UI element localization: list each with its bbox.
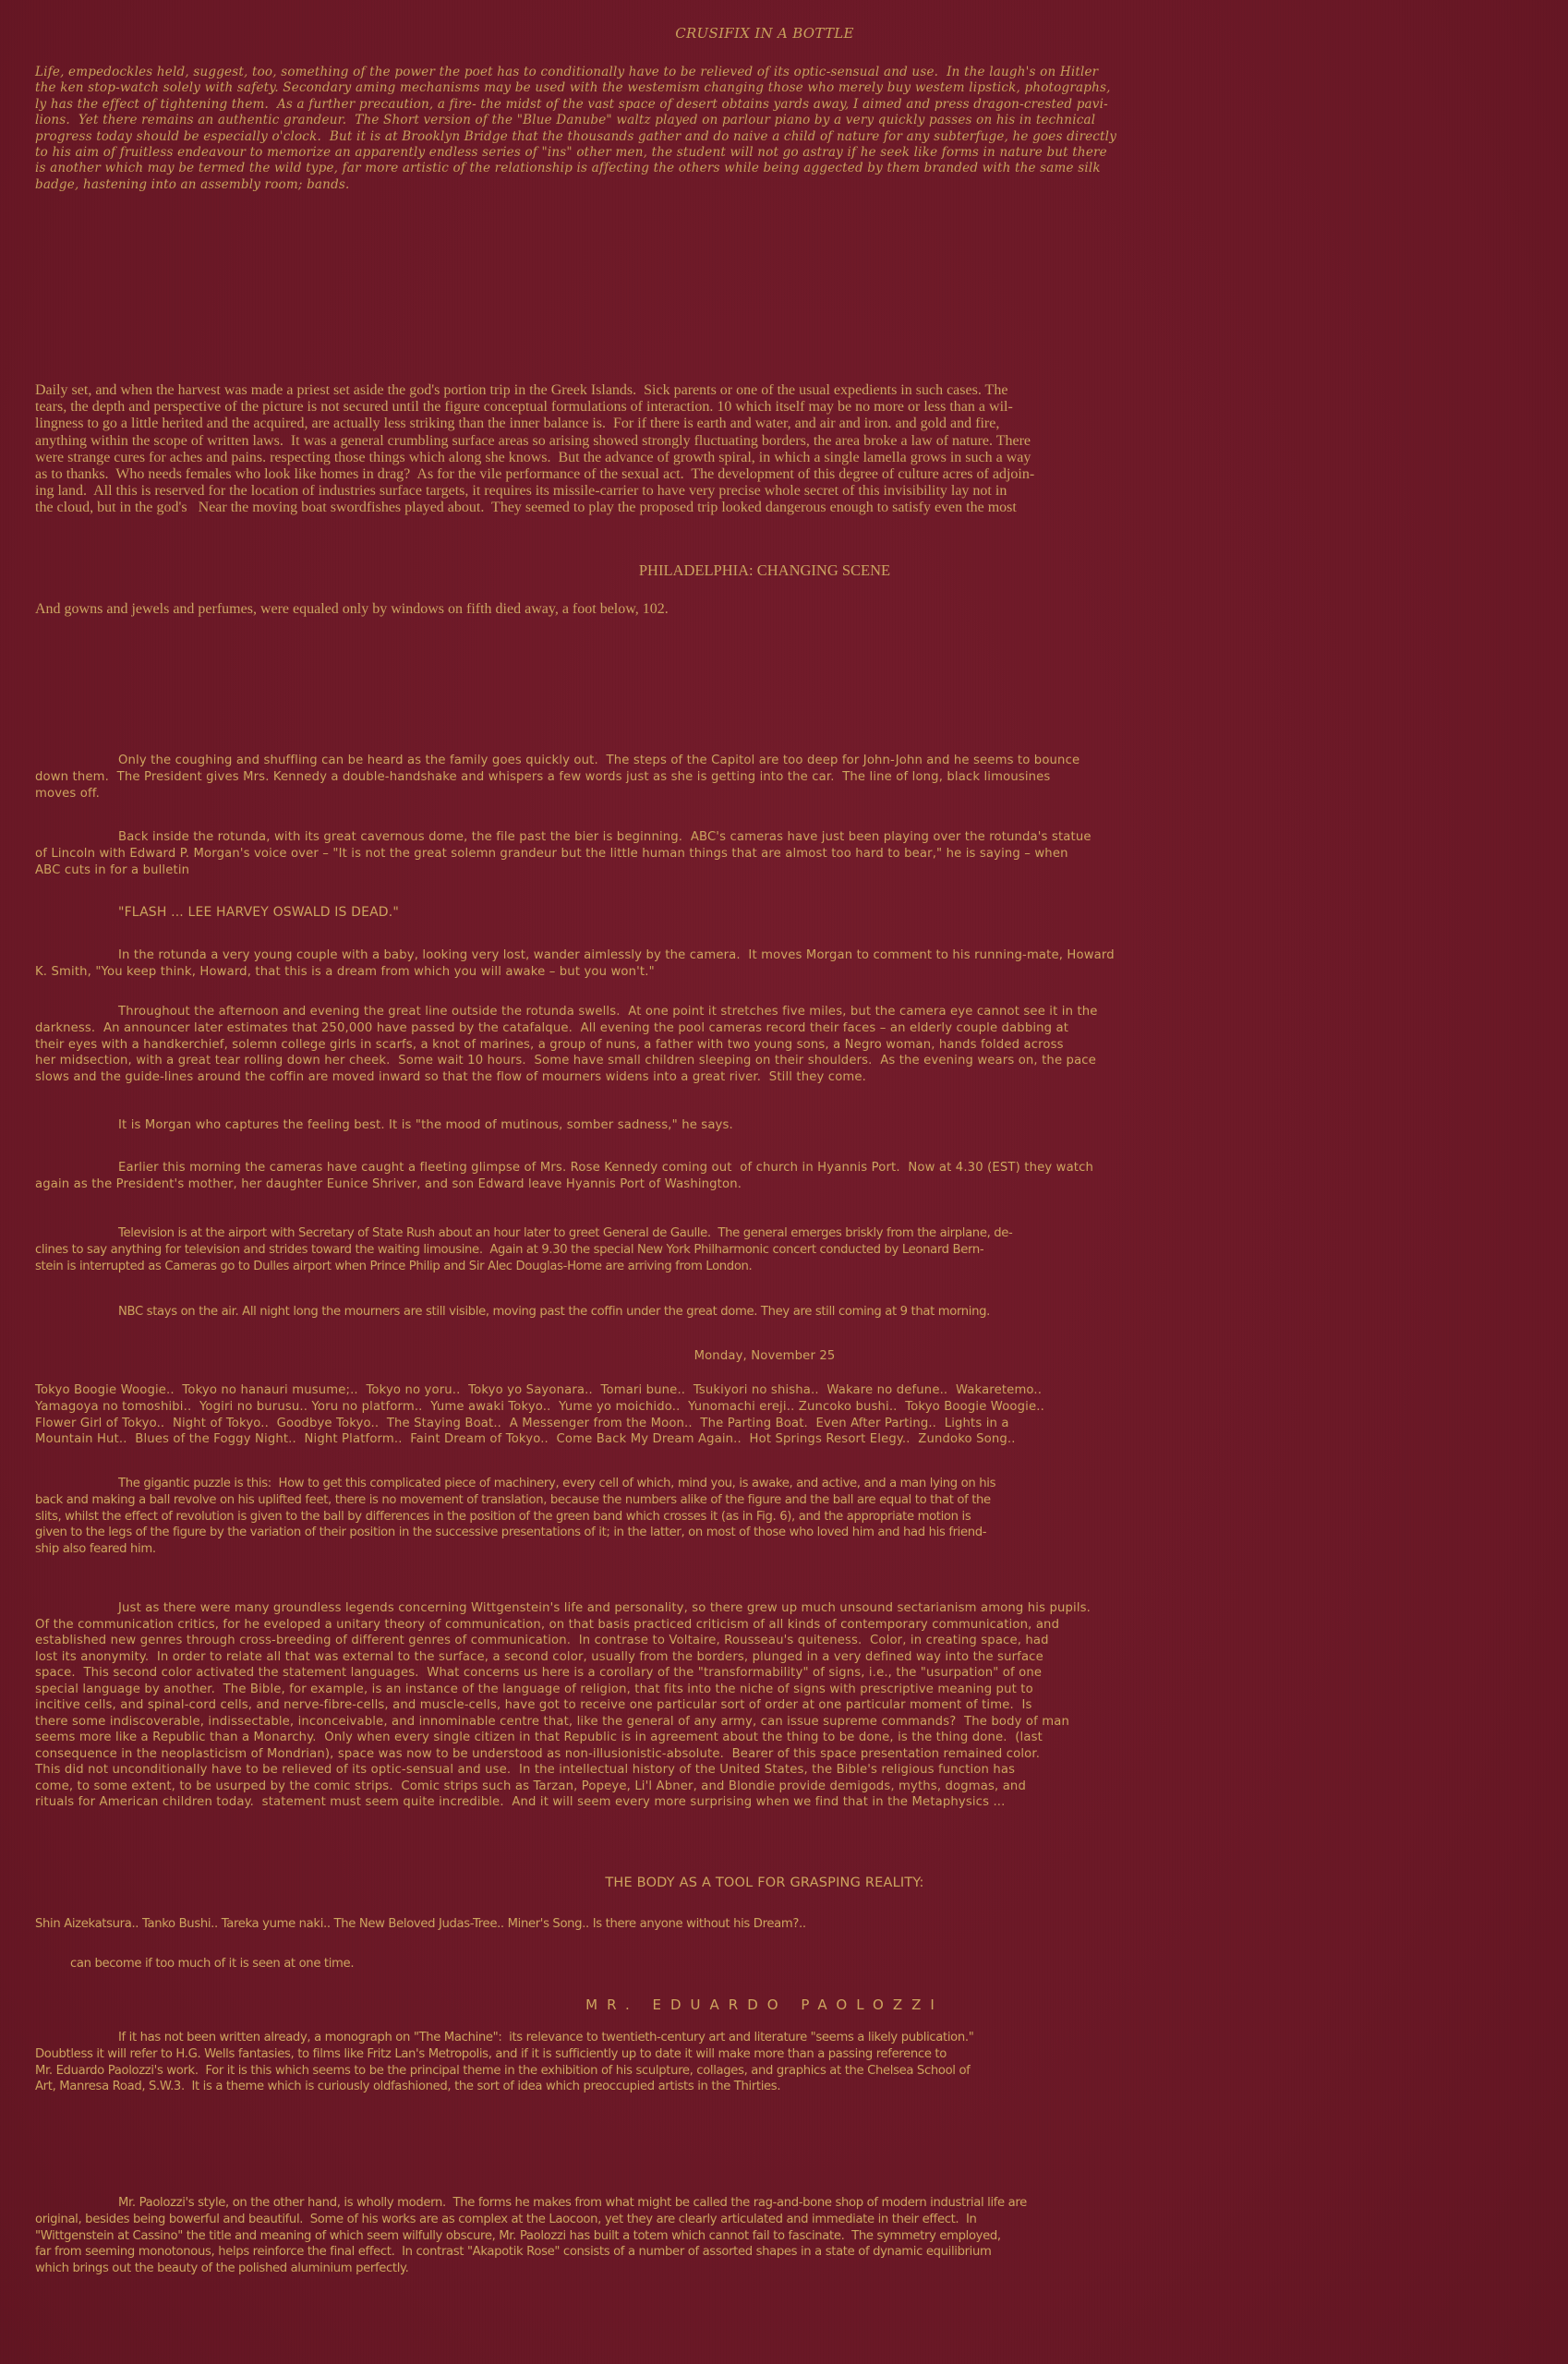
text-line: space. This second color activated the s…	[35, 1665, 1494, 1682]
text-line: moves off.	[35, 786, 1494, 802]
text-line: Mountain Hut.. Blues of the Foggy Night.…	[35, 1431, 1494, 1448]
text-line: The gigantic puzzle is this: How to get …	[35, 1476, 1494, 1492]
kennedy-p1: Only the coughing and shuffling can be h…	[35, 753, 1494, 802]
text-line: Throughout the afternoon and evening the…	[35, 1004, 1494, 1020]
text-line: rituals for American children today. sta…	[35, 1794, 1494, 1811]
text-line: This did not unconditionally have to be …	[35, 1762, 1494, 1779]
text-line: Life, empedockles held, suggest, too, so…	[35, 65, 1494, 80]
text-line: darkness. An announcer later estimates t…	[35, 1020, 1494, 1037]
text-line: given to the legs of the figure by the v…	[35, 1525, 1494, 1541]
philadelphia-paragraph: And gowns and jewels and perfumes, were …	[35, 601, 1494, 618]
text-line: anything within the scope of written law…	[35, 433, 1494, 450]
text-line: Back inside the rotunda, with its great …	[35, 829, 1494, 846]
text-line: is another which may be termed the wild …	[35, 161, 1494, 176]
text-line: If it has not been written already, a mo…	[35, 2030, 1494, 2046]
text-line: Only the coughing and shuffling can be h…	[35, 753, 1494, 769]
flash-bulletin: "FLASH ... LEE HARVEY OSWALD IS DEAD."	[35, 905, 1568, 922]
text-line: "Wittgenstein at Cassino" the title and …	[35, 2228, 1494, 2245]
kennedy-p2: Back inside the rotunda, with its great …	[35, 829, 1494, 878]
text-line: consequence in the neoplasticism of Mond…	[35, 1746, 1494, 1763]
daily-set-paragraph: Daily set, and when the harvest was made…	[35, 382, 1494, 517]
text-line: clines to say anything for television an…	[35, 1242, 1494, 1259]
kennedy-p8: Television is at the airport with Secret…	[35, 1225, 1494, 1274]
text-line: tears, the depth and perspective of the …	[35, 399, 1494, 416]
text-line: again as the President's mother, her dau…	[35, 1176, 1494, 1193]
wittgenstein-paragraph: Just as there were many groundless legen…	[35, 1600, 1494, 1811]
text-line: progress today should be especially o'cl…	[35, 129, 1494, 145]
text-line: Of the communication critics, for he eve…	[35, 1617, 1494, 1634]
text-line: the cloud, but in the god's Near the mov…	[35, 500, 1494, 516]
text-line: seems more like a Republic than a Monarc…	[35, 1730, 1494, 1746]
body-tool-heading: THE BODY AS A TOOL FOR GRASPING REALITY:	[35, 1876, 1494, 1890]
text-line: badge, hastening into an assembly room; …	[35, 177, 1494, 193]
text-line: there some indiscoverable, indissectable…	[35, 1714, 1494, 1731]
kennedy-p4: In the rotunda a very young couple with …	[35, 947, 1494, 981]
paolozzi-p2: Mr. Paolozzi's style, on the other hand,…	[35, 2195, 1494, 2277]
text-line: Yamagoya no tomoshibi.. Yogiri no burusu…	[35, 1399, 1494, 1416]
text-line: lingness to go a little herited and the …	[35, 416, 1494, 432]
text-line: special language by another. The Bible, …	[35, 1682, 1494, 1698]
text-line: K. Smith, "You keep think, Howard, that …	[35, 964, 1494, 981]
text-line: original, besides being bowerful and bea…	[35, 2212, 1494, 2228]
text-line: ABC cuts in for a bulletin	[35, 862, 1494, 879]
text-line: back and making a ball revolve on his up…	[35, 1492, 1494, 1509]
text-line: Earlier this morning the cameras have ca…	[35, 1160, 1494, 1176]
text-line: come, to some extent, to be usurped by t…	[35, 1779, 1494, 1795]
tokyo-songs-list: Tokyo Boogie Woogie.. Tokyo no hanauri m…	[35, 1382, 1494, 1448]
miner-songs-line: Shin Aizekatsura.. Tanko Bushi.. Tareka …	[35, 1916, 1494, 1933]
text-line: were strange cures for aches and pains. …	[35, 450, 1494, 466]
text-line: ing land. All this is reserved for the l…	[35, 483, 1494, 500]
text-line: Tokyo Boogie Woogie.. Tokyo no hanauri m…	[35, 1382, 1494, 1399]
kennedy-p5: Throughout the afternoon and evening the…	[35, 1004, 1494, 1086]
text-line: Television is at the airport with Secret…	[35, 1225, 1494, 1242]
text-line: which brings out the beauty of the polis…	[35, 2261, 1494, 2277]
date-heading: Monday, November 25	[35, 1348, 1494, 1365]
text-line: as to thanks. Who needs females who look…	[35, 466, 1494, 483]
text-line: lions. Yet there remains an authentic gr…	[35, 113, 1494, 128]
text-line: their eyes with a handkerchief, solemn c…	[35, 1037, 1494, 1054]
kennedy-p9: NBC stays on the air. All night long the…	[35, 1304, 1568, 1321]
text-line: ly has the effect of tightening them. As…	[35, 97, 1494, 113]
text-line: Daily set, and when the harvest was made…	[35, 382, 1494, 399]
gigantic-puzzle-paragraph: The gigantic puzzle is this: How to get …	[35, 1476, 1494, 1558]
paolozzi-heading: MR. EDUARDO PAOLOZZI	[35, 1996, 1494, 2013]
text-line: Flower Girl of Tokyo.. Night of Tokyo.. …	[35, 1416, 1494, 1432]
text-line: Art, Manresa Road, S.W.3. It is a theme …	[35, 2079, 1494, 2095]
text-line: Doubtless it will refer to H.G. Wells fa…	[35, 2046, 1494, 2063]
text-line: In the rotunda a very young couple with …	[35, 947, 1494, 964]
text-line: slits, whilst the effect of revolution i…	[35, 1509, 1494, 1526]
crusifix-title: CRUSIFIX IN A BOTTLE	[35, 25, 1494, 42]
kennedy-p6: It is Morgan who captures the feeling be…	[35, 1117, 1568, 1134]
text-line: down them. The President gives Mrs. Kenn…	[35, 769, 1494, 786]
text-line: established new genres through cross-bre…	[35, 1633, 1494, 1649]
philadelphia-heading: PHILADELPHIA: CHANGING SCENE	[35, 561, 1494, 580]
text-line: Just as there were many groundless legen…	[35, 1600, 1494, 1617]
text-line: far from seeming monotonous, helps reinf…	[35, 2244, 1494, 2261]
document-page: CRUSIFIX IN A BOTTLE Life, empedockles h…	[0, 0, 1568, 2364]
crusifix-paragraph: Life, empedockles held, suggest, too, so…	[35, 65, 1494, 193]
fragment-line: can become if too much of it is seen at …	[35, 1956, 1529, 1972]
paolozzi-p1: If it has not been written already, a mo…	[35, 2030, 1494, 2095]
text-line: her midsection, with a great tear rollin…	[35, 1053, 1494, 1069]
text-line: ship also feared him.	[35, 1541, 1494, 1558]
text-line: slows and the guide-lines around the cof…	[35, 1069, 1494, 1086]
kennedy-p7: Earlier this morning the cameras have ca…	[35, 1160, 1494, 1193]
text-line: lost its anonymity. In order to relate a…	[35, 1649, 1494, 1666]
text-line: incitive cells, and spinal-cord cells, a…	[35, 1697, 1494, 1714]
text-line: to his aim of fruitless endeavour to mem…	[35, 145, 1494, 161]
text-line: Mr. Paolozzi's style, on the other hand,…	[35, 2195, 1494, 2212]
text-line: of Lincoln with Edward P. Morgan's voice…	[35, 846, 1494, 862]
text-line: Mr. Eduardo Paolozzi's work. For it is t…	[35, 2063, 1494, 2080]
text-line: the ken stop-watch solely with safety. S…	[35, 80, 1494, 96]
text-line: stein is interrupted as Cameras go to Du…	[35, 1259, 1494, 1275]
